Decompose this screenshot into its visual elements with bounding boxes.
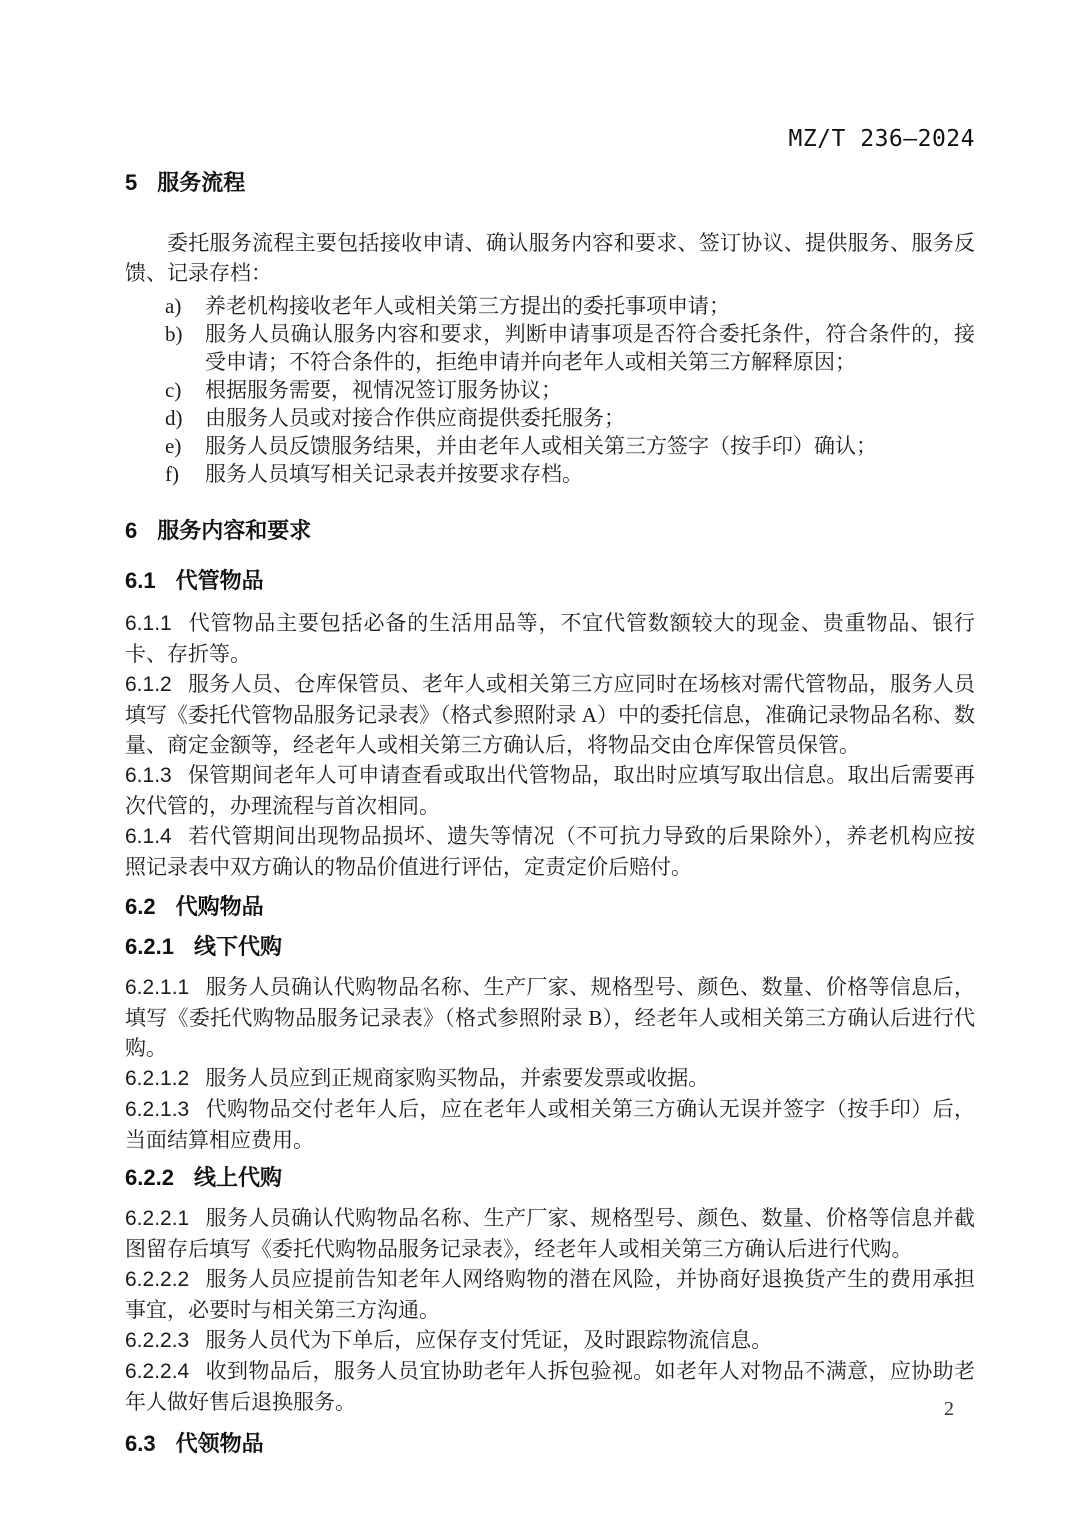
list-item-d: d) 由服务人员或对接合作供应商提供委托服务； [125,404,975,432]
list-item-text: 服务人员确认服务内容和要求，判断申请事项是否符合委托条件，符合条件的，接受申请；… [205,322,975,374]
clause-6-1-4: 6.1.4若代管期间出现物品损坏、遗失等情况（不可抗力导致的后果除外），养老机构… [125,821,975,882]
list-item-label: d) [165,404,183,432]
list-item-label: b) [165,320,183,348]
clause-number: 6.2.2.1 [125,1207,189,1230]
clause-text: 服务人员确认代购物品名称、生产厂家、规格型号、颜色、数量、价格等信息后，填写《委… [125,975,975,1060]
clause-number: 6.2.2.4 [125,1360,189,1383]
list-item-f: f) 服务人员填写相关记录表并按要求存档。 [125,460,975,488]
clause-text: 服务人员应到正规商家购买物品，并索要发票或收据。 [205,1066,709,1090]
section-number: 6.2.2 [125,1165,174,1190]
list-item-label: e) [165,432,181,460]
clause-6-2-1-2: 6.2.1.2服务人员应到正规商家购买物品，并索要发票或收据。 [125,1063,975,1094]
list-item-a: a) 养老机构接收老年人或相关第三方提出的委托事项申请； [125,292,975,320]
list-item-e: e) 服务人员反馈服务结果，并由老年人或相关第三方签字（按手印）确认； [125,432,975,460]
clause-6-1-2: 6.1.2服务人员、仓库保管员、老年人或相关第三方应同时在场核对需代管物品，服务… [125,669,975,760]
section-number: 6.2 [125,894,156,919]
list-item-label: f) [165,460,179,488]
section-title: 线下代购 [194,934,282,959]
list-item-text: 服务人员填写相关记录表并按要求存档。 [205,462,583,486]
clause-number: 6.2.2.3 [125,1329,189,1352]
clause-6-2-2-2: 6.2.2.2服务人员应提前告知老年人网络购物的潜在风险，并协商好退换货产生的费… [125,1264,975,1325]
clause-number: 6.2.1.3 [125,1098,189,1121]
list-item-c: c) 根据服务需要，视情况签订服务协议； [125,376,975,404]
section-number: 6.2.1 [125,934,174,959]
page-footer: 2 [944,1396,954,1421]
list-item-b: b) 服务人员确认服务内容和要求，判断申请事项是否符合委托条件，符合条件的，接受… [125,320,975,376]
clause-text: 服务人员确认代购物品名称、生产厂家、规格型号、颜色、数量、价格等信息并截图留存后… [125,1206,975,1261]
section-number: 6.1 [125,568,156,593]
section-title: 线上代购 [194,1165,282,1190]
list-item-label: c) [165,376,181,404]
clause-number: 6.1.1 [125,612,172,635]
section-5-intro-paragraph: 委托服务流程主要包括接收申请、确认服务内容和要求、签订协议、提供服务、服务反馈、… [125,228,975,288]
clause-text: 服务人员代为下单后，应保存支付凭证，及时跟踪物流信息。 [205,1328,772,1352]
list-item-text: 养老机构接收老年人或相关第三方提出的委托事项申请； [205,294,730,318]
section-title: 服务内容和要求 [157,518,311,543]
section-number: 5 [125,170,137,195]
section-5-heading: 5服务流程 [125,170,975,196]
standard-code: MZ/T 236—2024 [788,126,975,152]
clause-6-1-3: 6.1.3保管期间老年人可申请查看或取出代管物品，取出时应填写取出信息。取出后需… [125,760,975,821]
list-item-text: 根据服务需要，视情况签订服务协议； [205,378,562,402]
section-number: 6.3 [125,1431,156,1456]
section-6-2-heading: 6.2代购物品 [125,894,975,920]
section-title: 代领物品 [176,1431,264,1456]
clause-text: 服务人员应提前告知老年人网络购物的潜在风险，并协商好退换货产生的费用承担事宜，必… [125,1267,975,1322]
clause-text: 代购物品交付老年人后，应在老年人或相关第三方确认无误并签字（按手印）后，当面结算… [125,1097,975,1152]
clause-6-1-1: 6.1.1代管物品主要包括必备的生活用品等，不宜代管数额较大的现金、贵重物品、银… [125,608,975,669]
section-title: 代管物品 [176,568,264,593]
section-number: 6 [125,518,137,543]
clause-text: 收到物品后，服务人员宜协助老年人拆包验视。如老年人对物品不满意，应协助老年人做好… [125,1359,975,1414]
section-6-2-2-heading: 6.2.2线上代购 [125,1165,975,1191]
clause-6-2-1-1: 6.2.1.1服务人员确认代购物品名称、生产厂家、规格型号、颜色、数量、价格等信… [125,972,975,1063]
clause-number: 6.1.2 [125,673,172,696]
clause-text: 代管物品主要包括必备的生活用品等，不宜代管数额较大的现金、贵重物品、银行卡、存折… [125,611,975,666]
page-number: 2 [944,1398,954,1420]
procedure-list: a) 养老机构接收老年人或相关第三方提出的委托事项申请； b) 服务人员确认服务… [125,292,975,488]
list-item-text: 服务人员反馈服务结果，并由老年人或相关第三方签字（按手印）确认； [205,434,877,458]
section-6-1-clauses: 6.1.1代管物品主要包括必备的生活用品等，不宜代管数额较大的现金、贵重物品、银… [125,608,975,882]
section-6-2-1-clauses: 6.2.1.1服务人员确认代购物品名称、生产厂家、规格型号、颜色、数量、价格等信… [125,972,975,1155]
list-item-text: 由服务人员或对接合作供应商提供委托服务； [205,406,625,430]
clause-text: 若代管期间出现物品损坏、遗失等情况（不可抗力导致的后果除外），养老机构应按照记录… [125,824,975,879]
section-6-heading: 6服务内容和要求 [125,518,975,544]
clause-number: 6.2.2.2 [125,1268,189,1291]
clause-text: 保管期间老年人可申请查看或取出代管物品，取出时应填写取出信息。取出后需要再次代管… [125,763,975,818]
clause-6-2-2-4: 6.2.2.4收到物品后，服务人员宜协助老年人拆包验视。如老年人对物品不满意，应… [125,1356,975,1417]
section-6-3-heading: 6.3代领物品 [125,1431,975,1457]
clause-6-2-1-3: 6.2.1.3代购物品交付老年人后，应在老年人或相关第三方确认无误并签字（按手印… [125,1094,975,1155]
section-title: 服务流程 [157,170,245,195]
document-page: MZ/T 236—2024 5服务流程 委托服务流程主要包括接收申请、确认服务内… [0,0,1074,1520]
list-item-label: a) [165,292,181,320]
clause-number: 6.2.1.2 [125,1067,189,1090]
page-header: MZ/T 236—2024 [125,126,975,154]
clause-6-2-2-3: 6.2.2.3服务人员代为下单后，应保存支付凭证，及时跟踪物流信息。 [125,1325,975,1356]
clause-6-2-2-1: 6.2.2.1服务人员确认代购物品名称、生产厂家、规格型号、颜色、数量、价格等信… [125,1203,975,1264]
clause-number: 6.1.4 [125,825,172,848]
section-6-2-1-heading: 6.2.1线下代购 [125,934,975,960]
clause-number: 6.1.3 [125,764,172,787]
clause-number: 6.2.1.1 [125,976,189,999]
section-6-2-2-clauses: 6.2.2.1服务人员确认代购物品名称、生产厂家、规格型号、颜色、数量、价格等信… [125,1203,975,1417]
section-title: 代购物品 [176,894,264,919]
section-6-1-heading: 6.1代管物品 [125,568,975,594]
clause-text: 服务人员、仓库保管员、老年人或相关第三方应同时在场核对需代管物品，服务人员填写《… [125,672,975,757]
